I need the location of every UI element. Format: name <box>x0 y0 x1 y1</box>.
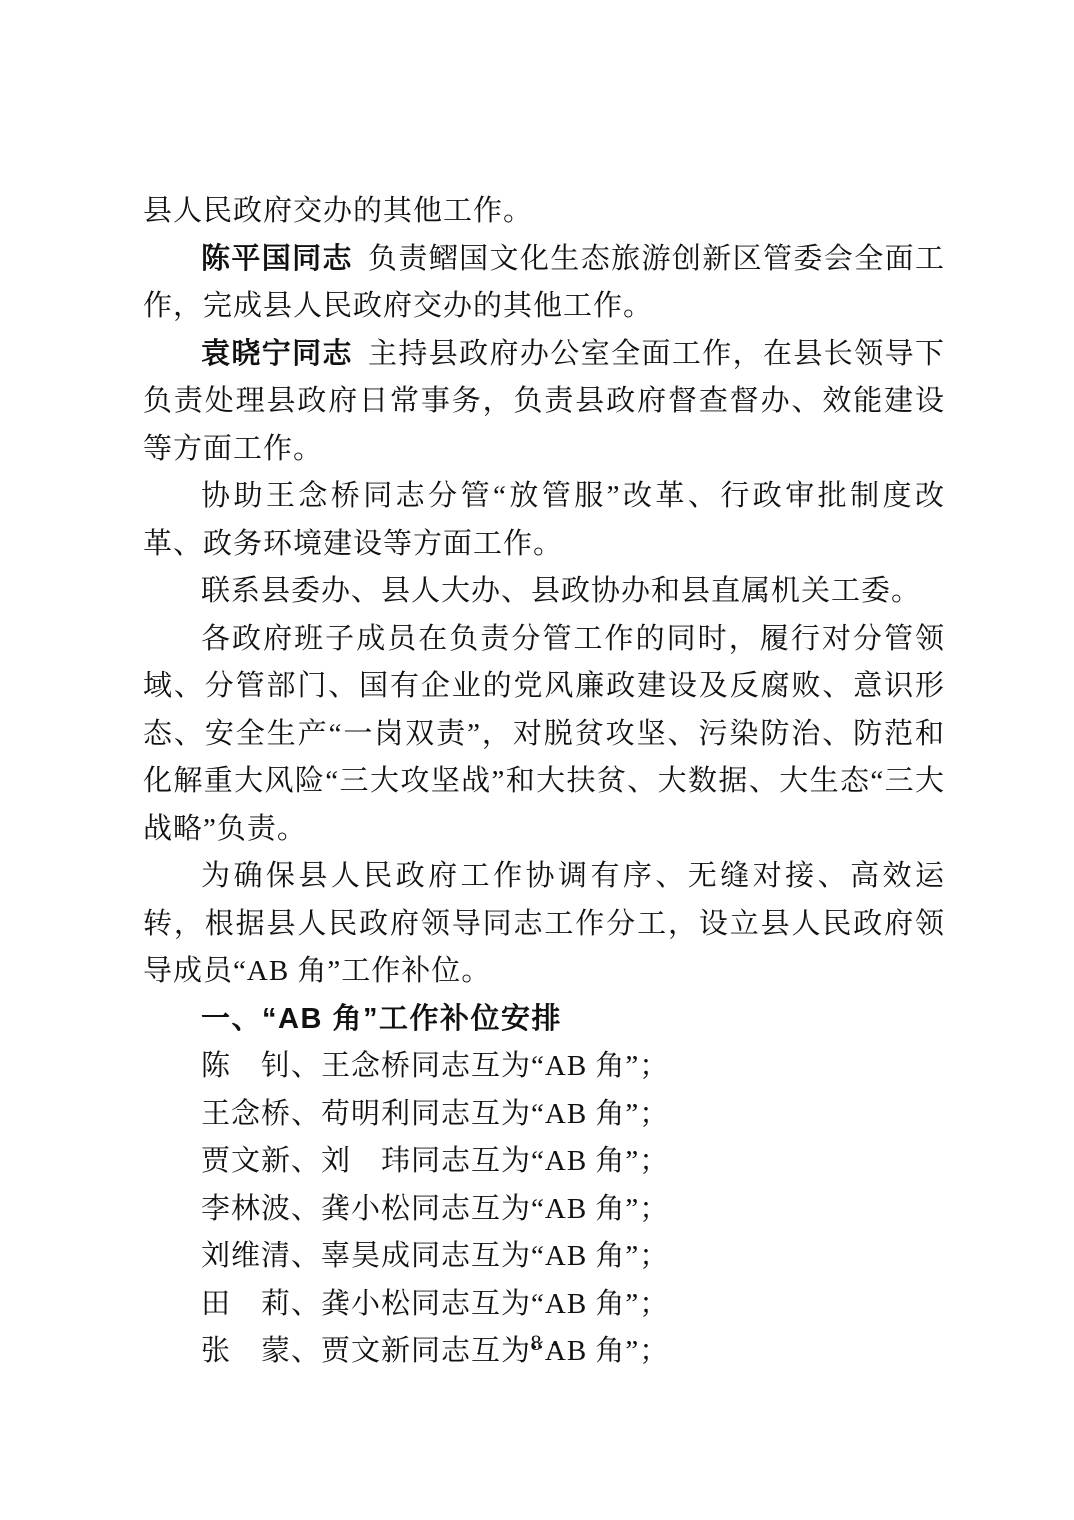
list-item-ab-pair: 田 莉、龚小松同志互为“AB 角”； <box>143 1281 945 1329</box>
list-item-ab-pair: 王念桥、苟明利同志互为“AB 角”； <box>143 1091 945 1139</box>
paragraph-continuation: 县人民政府交办的其他工作。 <box>143 188 945 236</box>
list-item-ab-pair: 贾文新、刘 玮同志互为“AB 角”； <box>143 1138 945 1186</box>
paragraph-chen-pingguo: 陈平国同志 负责鳛国文化生态旅游创新区管委会全面工作，完成县人民政府交办的其他工… <box>143 236 945 331</box>
list-item-ab-pair: 刘维清、辜昊成同志互为“AB 角”； <box>143 1233 945 1281</box>
list-item-ab-pair: 陈 钊、王念桥同志互为“AB 角”； <box>143 1043 945 1091</box>
person-name-bold: 袁晓宁同志 <box>201 338 353 370</box>
paragraph-responsibility: 各政府班子成员在负责分管工作的同时，履行对分管领域、分管部门、国有企业的党风廉政… <box>143 616 945 854</box>
list-item-ab-pair: 李林波、龚小松同志互为“AB 角”； <box>143 1186 945 1234</box>
document-body: 县人民政府交办的其他工作。 陈平国同志 负责鳛国文化生态旅游创新区管委会全面工作… <box>143 188 945 1376</box>
paragraph-liaison: 联系县委办、县人大办、县政协办和县直属机关工委。 <box>143 568 945 616</box>
document-page: 县人民政府交办的其他工作。 陈平国同志 负责鳛国文化生态旅游创新区管委会全面工作… <box>0 0 1074 1520</box>
person-name-bold: 陈平国同志 <box>201 243 353 275</box>
paragraph-ab-role-intro: 为确保县人民政府工作协调有序、无缝对接、高效运转，根据县人民政府领导同志工作分工… <box>143 853 945 996</box>
page-number: - 8 - <box>0 1330 1074 1356</box>
paragraph-assist: 协助王念桥同志分管“放管服”改革、行政审批制度改革、政务环境建设等方面工作。 <box>143 473 945 568</box>
paragraph-yuan-xiaoning: 袁晓宁同志 主持县政府办公室全面工作，在县长领导下负责处理县政府日常事务，负责县… <box>143 331 945 474</box>
section-heading-ab-role: 一、“AB 角”工作补位安排 <box>143 996 945 1044</box>
